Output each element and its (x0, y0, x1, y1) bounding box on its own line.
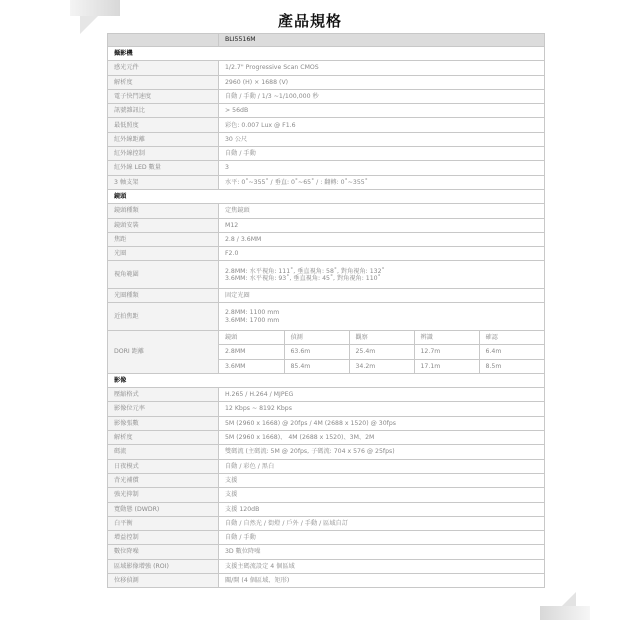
spec-row: 日夜模式自動 / 彩色 / 黑白 (108, 459, 545, 473)
spec-value: 2.8 / 3.6MM (219, 232, 545, 246)
spec-label: 白平衡 (108, 516, 219, 530)
spec-row: 白平衡自動 / 自然光 / 街燈 / 戶外 / 手動 / 區域自訂 (108, 516, 545, 530)
spec-row: 近拍焦距2.8MM: 1100 mm3.6MM: 1700 mm (108, 303, 545, 331)
spec-value-line: 支援 (225, 491, 538, 498)
spec-value: 12 Kbps ~ 8192 Kbps (219, 402, 545, 416)
spec-value-line: 3.6MM: 1700 mm (225, 317, 538, 324)
dori-data-cell: 3.6MM (219, 359, 284, 373)
spec-row: 鏡頭種類定焦鏡頭 (108, 204, 545, 218)
dori-data-cell: 17.1m (414, 359, 479, 373)
spec-value: 支援主碼流設定 4 個區域 (219, 559, 545, 573)
spec-table: BLI5516M 攝影機感光元件1/2.7" Progressive Scan … (107, 33, 545, 588)
spec-value-line: 30 公尺 (225, 136, 538, 143)
dori-header-row: 鏡頭偵測觀察辨識確認 (219, 331, 544, 345)
spec-value: 3D 數位降噪 (219, 545, 545, 559)
spec-row: 影像位元率12 Kbps ~ 8192 Kbps (108, 402, 545, 416)
dori-data-row: 3.6MM85.4m34.2m17.1m8.5m (219, 359, 544, 373)
spec-value-line: 2.8 / 3.6MM (225, 236, 538, 243)
spec-label: 增益控制 (108, 531, 219, 545)
header-empty-cell (108, 34, 219, 47)
spec-label: 感光元件 (108, 61, 219, 75)
spec-label: 壓縮格式 (108, 388, 219, 402)
spec-value: 5M (2960 x 1668) @ 20fps / 4M (2688 x 15… (219, 416, 545, 430)
page-corner-fold-bottom (562, 592, 576, 606)
spec-row: 焦距2.8 / 3.6MM (108, 232, 545, 246)
spec-row: 強光抑制支援 (108, 488, 545, 502)
spec-row: 紅外線 LED 數量3 (108, 161, 545, 175)
dori-data-cell: 6.4m (479, 345, 544, 359)
dori-data-cell: 2.8MM (219, 345, 284, 359)
spec-value: 水平: 0˚~355˚ / 垂直: 0˚~65˚ / : 翻轉: 0˚~355˚ (219, 175, 545, 189)
spec-label: 3 軸支架 (108, 175, 219, 189)
section-title: 鏡頭 (108, 189, 545, 203)
spec-row: 紅外線距離30 公尺 (108, 132, 545, 146)
spec-label: 數位降噪 (108, 545, 219, 559)
spec-value: 自動 / 手動 (219, 147, 545, 161)
spec-value-line: M12 (225, 222, 538, 229)
spec-value-line: 彩色: 0.007 Lux @ F1.6 (225, 122, 538, 129)
spec-row: 區域影像增強 (ROI)支援主碼流設定 4 個區域 (108, 559, 545, 573)
spec-value-line: 關/開 (4 個區域、矩形) (225, 577, 538, 584)
spec-row: 最低照度彩色: 0.007 Lux @ F1.6 (108, 118, 545, 132)
spec-row: 視角範圍2.8MM: 水平視角: 111˚, 垂直視角: 58˚, 對角視角: … (108, 261, 545, 289)
spec-row: 解析度5M (2960 x 1668)、 4M (2688 x 1520)、3M… (108, 431, 545, 445)
spec-value-line: 1/2.7" Progressive Scan CMOS (225, 64, 538, 71)
spec-label: 寬動態 (DWDR) (108, 502, 219, 516)
spec-label: 光圈種類 (108, 289, 219, 303)
spec-value-line: 雙碼流 (主碼流: 5M @ 20fps, 子碼流: 704 x 576 @ 2… (225, 448, 538, 455)
section-title: 攝影機 (108, 47, 545, 61)
spec-value: 支援 (219, 488, 545, 502)
spec-value-line: 2.8MM: 1100 mm (225, 309, 538, 316)
spec-value-line: 自動 / 手動 (225, 150, 538, 157)
spec-label: 碼流 (108, 445, 219, 459)
spec-value: 自動 / 自然光 / 街燈 / 戶外 / 手動 / 區域自訂 (219, 516, 545, 530)
spec-value-line: > 56dB (225, 107, 538, 114)
spec-value-line: 定焦鏡頭 (225, 207, 538, 214)
spec-label: 紅外線距離 (108, 132, 219, 146)
spec-row: 感光元件1/2.7" Progressive Scan CMOS (108, 61, 545, 75)
dori-header-cell: 觀察 (349, 331, 414, 345)
dori-row: DORI 距離鏡頭偵測觀察辨識確認2.8MM63.6m25.4m12.7m6.4… (108, 330, 545, 373)
spec-label: 影像張數 (108, 416, 219, 430)
dori-label: DORI 距離 (108, 330, 219, 373)
spec-label: 近拍焦距 (108, 303, 219, 331)
spec-value-line: 12 Kbps ~ 8192 Kbps (225, 405, 538, 412)
spec-value-line: 自動 / 手動 / 1/3 ~1/100,000 秒 (225, 93, 538, 100)
spec-value-line: 支援主碼流設定 4 個區域 (225, 563, 538, 570)
spec-row: 3 軸支架水平: 0˚~355˚ / 垂直: 0˚~65˚ / : 翻轉: 0˚… (108, 175, 545, 189)
section-header-row: 影像 (108, 373, 545, 387)
spec-value-line: 3.6MM: 水平視角: 93˚, 垂直視角: 45˚, 對角視角: 110˚ (225, 275, 538, 282)
spec-value: H.265 / H.264 / MJPEG (219, 388, 545, 402)
dori-data-cell: 63.6m (284, 345, 349, 359)
dori-data-cell: 8.5m (479, 359, 544, 373)
spec-row: 訊號雜訊比> 56dB (108, 104, 545, 118)
spec-label: 背光補償 (108, 473, 219, 487)
spec-value-line: F2.0 (225, 250, 538, 257)
section-title: 影像 (108, 373, 545, 387)
spec-row: 碼流雙碼流 (主碼流: 5M @ 20fps, 子碼流: 704 x 576 @… (108, 445, 545, 459)
spec-value-line: 3D 數位降噪 (225, 548, 538, 555)
spec-value-line: 支援 120dB (225, 506, 538, 513)
spec-value: M12 (219, 218, 545, 232)
spec-row: 寬動態 (DWDR)支援 120dB (108, 502, 545, 516)
spec-value-line: 自動 / 彩色 / 黑白 (225, 463, 538, 470)
dori-header-cell: 鏡頭 (219, 331, 284, 345)
spec-value: 彩色: 0.007 Lux @ F1.6 (219, 118, 545, 132)
dori-header-cell: 辨識 (414, 331, 479, 345)
spec-value-line: 5M (2960 x 1668) @ 20fps / 4M (2688 x 15… (225, 420, 538, 427)
dori-header-cell: 偵測 (284, 331, 349, 345)
model-name: BLI5516M (219, 34, 545, 47)
spec-label: 最低照度 (108, 118, 219, 132)
dori-cell: 鏡頭偵測觀察辨識確認2.8MM63.6m25.4m12.7m6.4m3.6MM8… (219, 330, 545, 373)
spec-value-line: 水平: 0˚~355˚ / 垂直: 0˚~65˚ / : 翻轉: 0˚~355˚ (225, 179, 538, 186)
spec-label: 影像位元率 (108, 402, 219, 416)
spec-row: 鏡頭安裝M12 (108, 218, 545, 232)
spec-label: 光圈 (108, 247, 219, 261)
spec-value-line: 2.8MM: 水平視角: 111˚, 垂直視角: 58˚, 對角視角: 132˚ (225, 268, 538, 275)
spec-row: 解析度2960 (H) × 1688 (V) (108, 75, 545, 89)
spec-value: 關/開 (4 個區域、矩形) (219, 573, 545, 587)
spec-value: 自動 / 手動 (219, 531, 545, 545)
spec-value-line: 支援 (225, 477, 538, 484)
spec-label: 電子快門速度 (108, 89, 219, 103)
spec-label: 日夜模式 (108, 459, 219, 473)
spec-value: 2960 (H) × 1688 (V) (219, 75, 545, 89)
spec-value: 2.8MM: 水平視角: 111˚, 垂直視角: 58˚, 對角視角: 132˚… (219, 261, 545, 289)
spec-label: 位移偵測 (108, 573, 219, 587)
spec-value: > 56dB (219, 104, 545, 118)
spec-label: 視角範圍 (108, 261, 219, 289)
spec-value-line: 2960 (H) × 1688 (V) (225, 79, 538, 86)
spec-label: 區域影像增強 (ROI) (108, 559, 219, 573)
spec-value: 2.8MM: 1100 mm3.6MM: 1700 mm (219, 303, 545, 331)
spec-value: 自動 / 手動 / 1/3 ~1/100,000 秒 (219, 89, 545, 103)
spec-row: 影像張數5M (2960 x 1668) @ 20fps / 4M (2688 … (108, 416, 545, 430)
spec-value: 定焦鏡頭 (219, 204, 545, 218)
table-header-row: BLI5516M (108, 34, 545, 47)
spec-label: 解析度 (108, 75, 219, 89)
spec-value-line: 自動 / 手動 (225, 534, 538, 541)
dori-table: 鏡頭偵測觀察辨識確認2.8MM63.6m25.4m12.7m6.4m3.6MM8… (219, 331, 544, 373)
spec-label: 紅外線 LED 數量 (108, 161, 219, 175)
spec-row: 壓縮格式H.265 / H.264 / MJPEG (108, 388, 545, 402)
spec-value-line: H.265 / H.264 / MJPEG (225, 391, 538, 398)
section-header-row: 攝影機 (108, 47, 545, 61)
dori-data-cell: 85.4m (284, 359, 349, 373)
spec-value: 5M (2960 x 1668)、 4M (2688 x 1520)、3M、2M (219, 431, 545, 445)
spec-row: 數位降噪3D 數位降噪 (108, 545, 545, 559)
spec-value-line: 3 (225, 164, 538, 171)
dori-data-row: 2.8MM63.6m25.4m12.7m6.4m (219, 345, 544, 359)
spec-value: 1/2.7" Progressive Scan CMOS (219, 61, 545, 75)
spec-row: 紅外線控制自動 / 手動 (108, 147, 545, 161)
page-corner-decoration-bottom (540, 606, 590, 620)
spec-value-line: 5M (2960 x 1668)、 4M (2688 x 1520)、3M、2M (225, 434, 538, 441)
spec-value: 自動 / 彩色 / 黑白 (219, 459, 545, 473)
spec-row: 光圈F2.0 (108, 247, 545, 261)
spec-label: 強光抑制 (108, 488, 219, 502)
spec-value: 3 (219, 161, 545, 175)
spec-label: 焦距 (108, 232, 219, 246)
spec-label: 紅外線控制 (108, 147, 219, 161)
spec-row: 增益控制自動 / 手動 (108, 531, 545, 545)
dori-data-cell: 34.2m (349, 359, 414, 373)
spec-row: 位移偵測關/開 (4 個區域、矩形) (108, 573, 545, 587)
spec-value: 固定光圈 (219, 289, 545, 303)
spec-label: 鏡頭種類 (108, 204, 219, 218)
dori-data-cell: 12.7m (414, 345, 479, 359)
spec-value: 支援 120dB (219, 502, 545, 516)
spec-label: 鏡頭安裝 (108, 218, 219, 232)
dori-header-cell: 確認 (479, 331, 544, 345)
spec-value: 雙碼流 (主碼流: 5M @ 20fps, 子碼流: 704 x 576 @ 2… (219, 445, 545, 459)
page-title: 產品規格 (0, 10, 620, 31)
dori-data-cell: 25.4m (349, 345, 414, 359)
spec-value: 30 公尺 (219, 132, 545, 146)
spec-value: F2.0 (219, 247, 545, 261)
section-header-row: 鏡頭 (108, 189, 545, 203)
spec-value-line: 固定光圈 (225, 292, 538, 299)
spec-value: 支援 (219, 473, 545, 487)
spec-row: 電子快門速度自動 / 手動 / 1/3 ~1/100,000 秒 (108, 89, 545, 103)
spec-value-line: 自動 / 自然光 / 街燈 / 戶外 / 手動 / 區域自訂 (225, 520, 538, 527)
spec-row: 光圈種類固定光圈 (108, 289, 545, 303)
spec-label: 解析度 (108, 431, 219, 445)
spec-row: 背光補償支援 (108, 473, 545, 487)
spec-label: 訊號雜訊比 (108, 104, 219, 118)
